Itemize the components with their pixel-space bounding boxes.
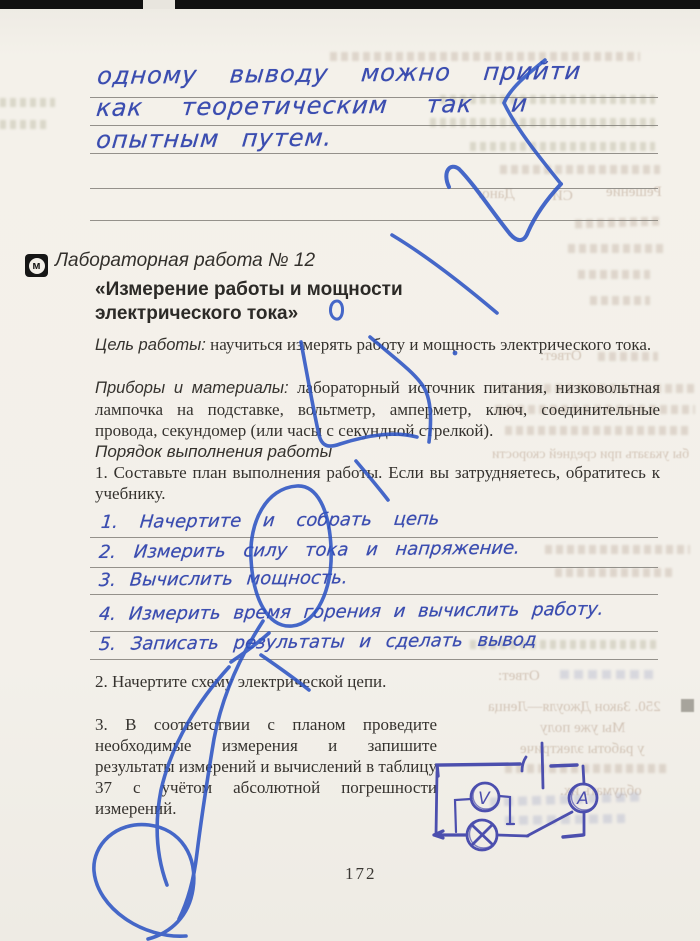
lamp-circle [467, 820, 497, 850]
voltmeter-label: V [478, 789, 491, 809]
ammeter-circle [569, 784, 597, 812]
voltmeter-circle [471, 783, 499, 811]
bleed-reshenie: Решение [606, 184, 662, 201]
equipment-paragraph: Приборы и материалы: лабораторный источн… [95, 377, 660, 441]
bleed-margin-square [681, 699, 694, 712]
lab-subtitle: «Измерение работы и мощности электрическ… [95, 278, 435, 326]
handwritten-line-3: опытным путем. [95, 123, 334, 154]
scribble-bottom-loop [94, 825, 194, 939]
scan-edge-strip [0, 0, 700, 9]
bleed-item-250: 250. Закон Джоуля—Ленца [488, 699, 661, 716]
battery-short-plate [522, 757, 526, 771]
lamp-cross [472, 825, 493, 845]
wire-bottom-middle [497, 835, 528, 836]
wire-right-upper [583, 766, 584, 784]
lab-title: Лабораторная работа № 12 [55, 250, 315, 272]
plan-item-1: 1. Начертите и собрать цепь [100, 508, 440, 533]
ammeter-circle-overdraw [572, 784, 598, 810]
wire-top-right [551, 765, 577, 766]
voltmeter-circle-overdraw [473, 783, 499, 809]
switch-lever [527, 812, 572, 836]
wire-bottom-right [563, 835, 583, 837]
bleed-si: СИ [552, 188, 573, 205]
step3-paragraph: 3. В соответствии с планом проведите нео… [95, 714, 437, 819]
hand-drawn-circuit-diagram: A V [420, 735, 635, 885]
step2-paragraph: 2. Начертите схему электрической цепи. [95, 671, 437, 692]
handwritten-line-1: одному выводу можно прийти [96, 57, 583, 90]
margin-lab-icon-letter: м [29, 258, 45, 274]
lamp-circle-overdraw [470, 820, 498, 848]
wire-top-left [437, 764, 520, 776]
page-number: 172 [345, 864, 377, 884]
workbook-scan-page: Дано: СИ Решение Ответ: бы указать при с… [0, 0, 700, 941]
voltmeter-left-branch [455, 799, 471, 832]
bleed-line-b2: у работы электриче [520, 741, 645, 758]
wire-bottom-left-arrow [434, 831, 467, 838]
goal-label: Цель работы: [95, 336, 206, 354]
margin-lab-icon: м [25, 254, 48, 277]
step1-paragraph: 1. Составьте план выполнения работы. Есл… [95, 462, 660, 504]
ammeter-label: A [576, 789, 589, 809]
plan-item-3: 3. Вычислить мощность. [98, 567, 349, 591]
goal-paragraph: Цель работы: научиться измерять работу и… [95, 334, 660, 356]
plan-item-4: 4. Измерить время горения и вычислить ра… [98, 599, 605, 625]
goal-text: научиться измерять работу и мощность эле… [210, 335, 651, 354]
battery-long-plate [542, 743, 543, 788]
order-heading: Порядок выполнения работы [95, 441, 660, 462]
equipment-label: Приборы и материалы: [95, 379, 289, 397]
plan-item-2: 2. Измерить силу тока и напряжение. [98, 538, 521, 563]
handwritten-line-2: как теоретическим так и [95, 89, 529, 122]
scribble-big-v [446, 167, 561, 240]
bleed-line-b1: Мы уже полу [540, 720, 625, 737]
plan-item-5: 5. Записать результаты и сделать вывод [98, 629, 537, 655]
bleed-otvet-2: Ответ: [498, 668, 540, 685]
bleed-line-b3: обдумать их. [560, 783, 642, 800]
voltmeter-right-branch [499, 796, 514, 824]
